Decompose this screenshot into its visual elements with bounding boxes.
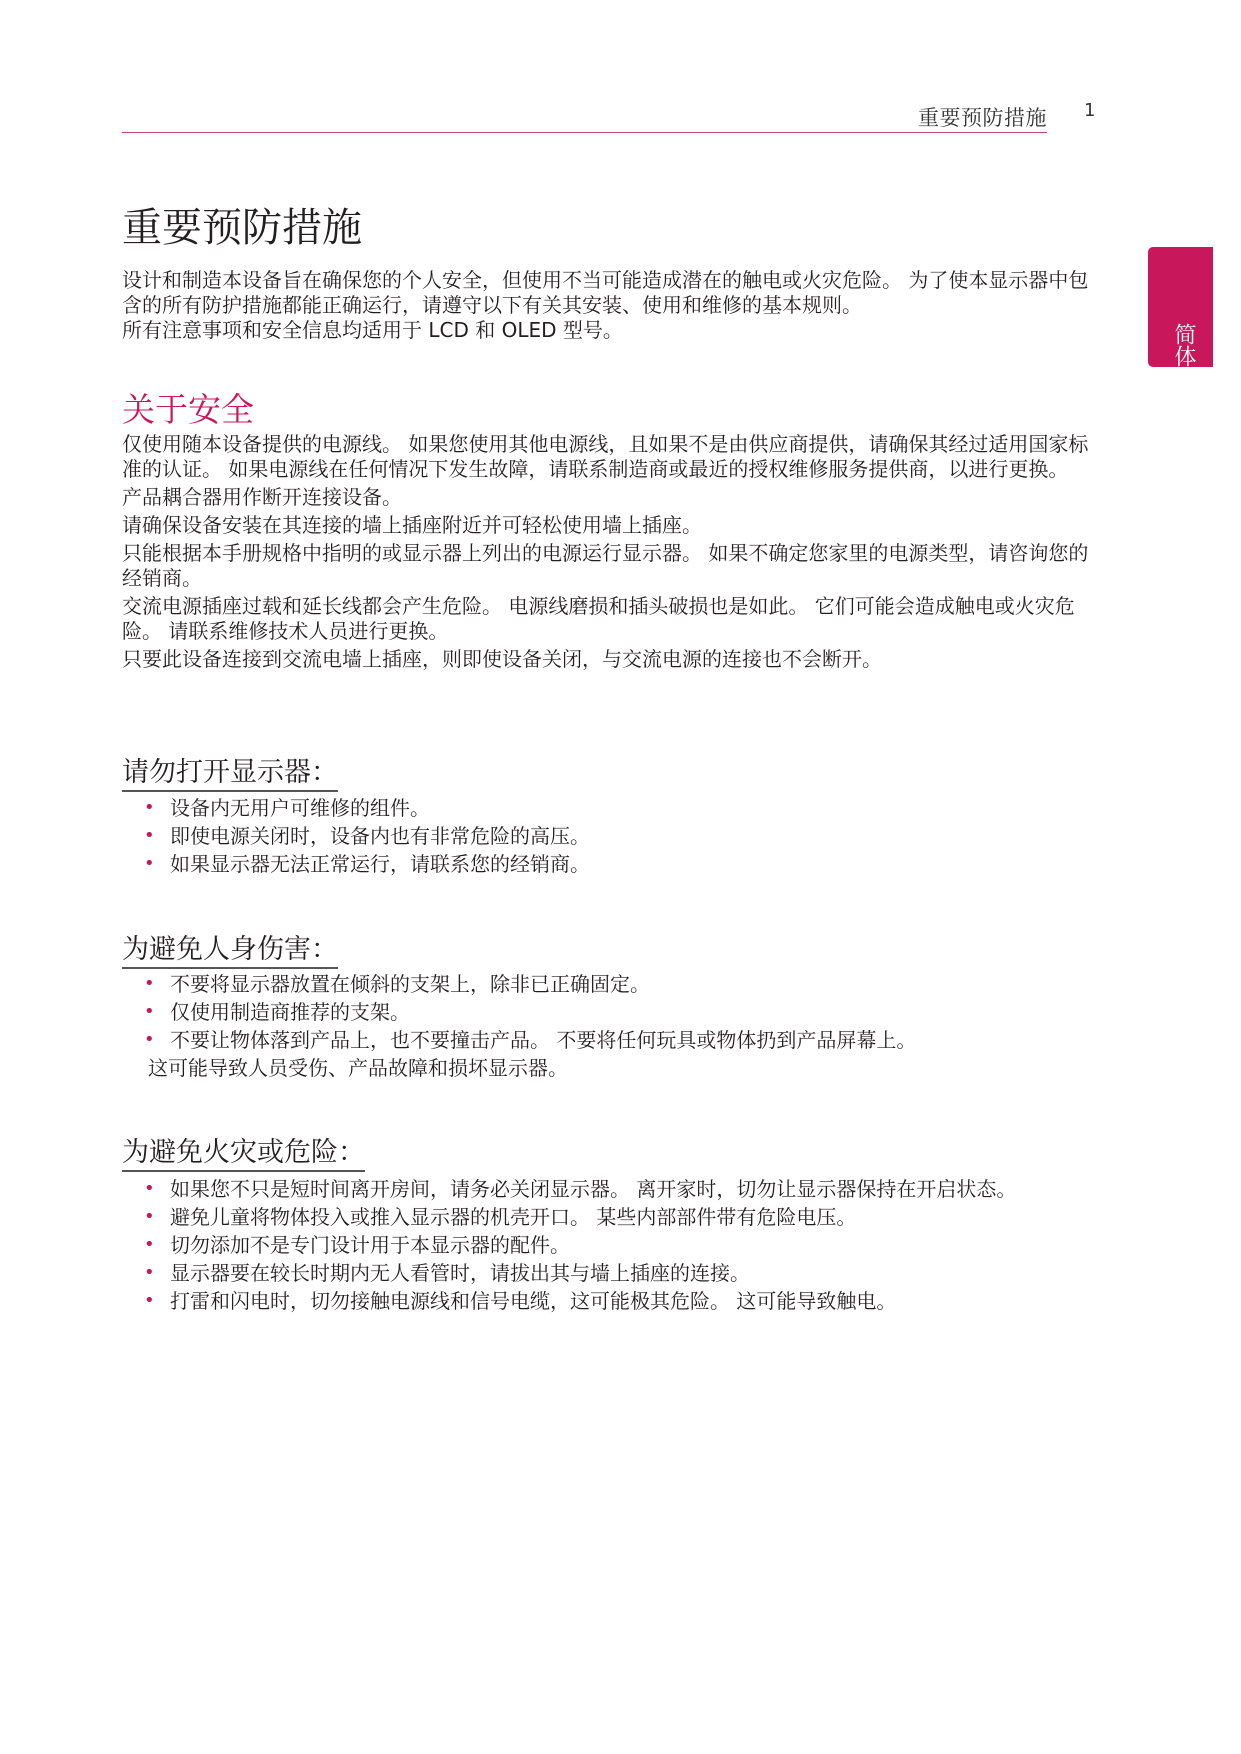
language-tab: 简体 xyxy=(1148,247,1213,367)
list-item: •如果您不只是短时间离开房间，请务必关闭显示器。 离开家时，切勿让显示器保持在开… xyxy=(140,1175,1100,1203)
list-item: •如果显示器无法正常运行，请联系您的经销商。 xyxy=(140,850,1100,878)
safety-heading: 关于安全 xyxy=(122,384,254,431)
running-header-title: 重要预防措施 xyxy=(918,102,1047,132)
bullet-icon: • xyxy=(144,1026,155,1054)
section-heading-fire-hazard: 为避免火灾或危险： xyxy=(122,1130,365,1172)
bullet-icon: • xyxy=(144,1287,155,1315)
page-title: 重要预防措施 xyxy=(122,196,362,253)
page-number: 1 xyxy=(1084,100,1095,121)
bullet-icon: • xyxy=(144,1203,155,1231)
intro-text: 设计和制造本设备旨在确保您的个人安全，但使用不当可能造成潜在的触电或火灾危险。 … xyxy=(122,268,1092,343)
bullet-icon: • xyxy=(144,998,155,1026)
list-item: •设备内无用户可维修的组件。 xyxy=(140,794,1100,822)
safety-paragraph: 产品耦合器用作断开连接设备。 xyxy=(122,485,1097,510)
bullet-list-fire-hazard: •如果您不只是短时间离开房间，请务必关闭显示器。 离开家时，切勿让显示器保持在开… xyxy=(140,1175,1100,1315)
safety-paragraph: 请确保设备安装在其连接的墙上插座附近并可轻松使用墙上插座。 xyxy=(122,513,1097,538)
list-item: •打雷和闪电时，切勿接触电源线和信号电缆，这可能极其危险。 这可能导致触电。 xyxy=(140,1287,1100,1315)
bullet-icon: • xyxy=(144,1175,155,1203)
list-item: •即使电源关闭时，设备内也有非常危险的高压。 xyxy=(140,822,1100,850)
safety-paragraph: 只能根据本手册规格中指明的或显示器上列出的电源运行显示器。 如果不确定您家里的电… xyxy=(122,541,1097,591)
bullet-icon: • xyxy=(144,822,155,850)
bullet-list-do-not-open: •设备内无用户可维修的组件。 •即使电源关闭时，设备内也有非常危险的高压。 •如… xyxy=(140,794,1100,878)
bullet-icon: • xyxy=(144,794,155,822)
list-item: •切勿添加不是专门设计用于本显示器的配件。 xyxy=(140,1231,1100,1259)
list-item: •显示器要在较长时期内无人看管时，请拔出其与墙上插座的连接。 xyxy=(140,1259,1100,1287)
bullet-list-personal-injury: •不要将显示器放置在倾斜的支架上，除非已正确固定。 •仅使用制造商推荐的支架。 … xyxy=(140,970,1100,1082)
bullet-icon: • xyxy=(144,1231,155,1259)
list-item: •不要将显示器放置在倾斜的支架上，除非已正确固定。 xyxy=(140,970,1100,998)
bullet-icon: • xyxy=(144,970,155,998)
section-heading-do-not-open: 请勿打开显示器： xyxy=(122,750,338,792)
safety-paragraph: 只要此设备连接到交流电墙上插座，则即使设备关闭，与交流电源的连接也不会断开。 xyxy=(122,647,1097,672)
safety-paragraph: 交流电源插座过载和延长线都会产生危险。 电源线磨损和插头破损也是如此。 它们可能… xyxy=(122,594,1097,644)
list-item: •仅使用制造商推荐的支架。 xyxy=(140,998,1100,1026)
bullet-icon: • xyxy=(144,850,155,878)
list-item: •不要让物体落到产品上，也不要撞击产品。 不要将任何玩具或物体扔到产品屏幕上。 xyxy=(140,1026,1100,1054)
running-header: 重要预防措施 xyxy=(122,100,1047,133)
list-item: •避免儿童将物体投入或推入显示器的机壳开口。 某些内部部件带有危险电压。 xyxy=(140,1203,1100,1231)
intro-paragraph: 设计和制造本设备旨在确保您的个人安全，但使用不当可能造成潜在的触电或火灾危险。 … xyxy=(122,268,1092,318)
section-heading-personal-injury: 为避免人身伤害： xyxy=(122,927,338,969)
bullet-icon: • xyxy=(144,1259,155,1287)
safety-paragraph: 仅使用随本设备提供的电源线。 如果您使用其他电源线，且如果不是由供应商提供，请确… xyxy=(122,432,1097,482)
safety-body: 仅使用随本设备提供的电源线。 如果您使用其他电源线，且如果不是由供应商提供，请确… xyxy=(122,432,1097,675)
list-item-continuation: 这可能导致人员受伤、产品故障和损坏显示器。 xyxy=(140,1054,1100,1082)
language-tab-label: 简体 xyxy=(1168,323,1199,367)
intro-paragraph: 所有注意事项和安全信息均适用于 LCD 和 OLED 型号。 xyxy=(122,318,1092,343)
